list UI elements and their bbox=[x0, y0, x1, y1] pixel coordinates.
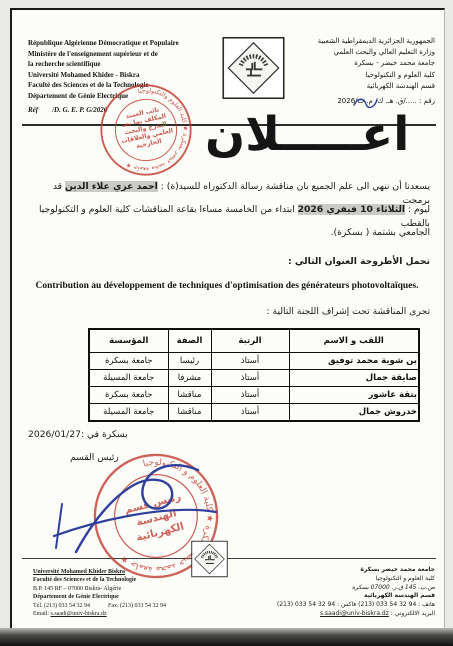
header-french-line: la recherche scientifique bbox=[28, 59, 233, 70]
university-emblem-small-icon bbox=[191, 538, 228, 580]
jury-member-rank: أستاذ bbox=[211, 353, 289, 370]
jury-member-institution: جامعة المسيلة bbox=[89, 370, 168, 387]
jury-intro: تجرى المناقشة تحت إشراف اللجنة التالية : bbox=[24, 306, 430, 317]
col-header-institution: المؤسسة bbox=[89, 329, 168, 353]
jury-member-name: صايقة جمال bbox=[289, 370, 419, 387]
header-arabic-line: قسم الهندسة الكهربائية bbox=[293, 81, 435, 92]
footer-ar-line: جامعة محمد خيضر بسكرة bbox=[253, 566, 435, 575]
header-french-line: République Algérienne Démocratique et Po… bbox=[28, 38, 233, 49]
jury-member-role: مناقشا bbox=[168, 387, 211, 404]
place-and-date: بسكرة في :2026/01/27 bbox=[28, 429, 128, 440]
footer-fr-email-line: Email: s.saadi@univ-biskra.dz bbox=[33, 610, 228, 618]
email-label: Email: bbox=[33, 611, 49, 617]
footer-ar-line: كلية العلوم و التكنولوجيا bbox=[253, 575, 435, 584]
body-text: ليوم : bbox=[405, 204, 430, 215]
footer-fax: Fax. (213) 033 54 32 94 bbox=[108, 603, 166, 609]
email-address: s.saadi@univ-biskra.dz bbox=[51, 611, 107, 617]
body-line-3: الجامعي بشتمة ( بسكرة). bbox=[24, 226, 430, 240]
footer-fr-line: Département de Génie Electrique bbox=[33, 593, 228, 601]
jury-member-institution: جامعة المسيلة bbox=[89, 404, 168, 422]
jury-member-rank: أستاذ bbox=[211, 404, 289, 422]
ref-label: Réf bbox=[28, 106, 38, 114]
table-row: صايقة جمال أستاذ مشرفا جامعة المسيلة bbox=[89, 370, 419, 387]
jury-member-institution: جامعة بسكرة bbox=[89, 353, 168, 370]
header-arabic-line: الجمهورية الجزائرية الديمقراطية الشعبية bbox=[293, 36, 435, 47]
email-address: s.saadi@univ-biskra.dz bbox=[320, 610, 389, 617]
jury-member-institution: جامعة بسكرة bbox=[89, 387, 168, 404]
thesis-title: Contribution au développement de techniq… bbox=[24, 281, 430, 291]
col-header-name: اللقب و الاسم bbox=[289, 329, 419, 353]
thesis-intro: تحمل الأطروحة العنوان التالي : bbox=[24, 256, 430, 267]
footer-ar-line: هاتف : 94 32 54 033 (213) فاكس : 94 32 5… bbox=[253, 601, 435, 610]
header-arabic-line: جامعة محمد خيضر - بسكرة bbox=[293, 58, 435, 69]
footer-fr-telfax: Tél. (213) 033 54 32 94Fax. (213) 033 54… bbox=[33, 602, 228, 610]
jury-member-name: بتقة عاشور bbox=[289, 387, 419, 404]
col-header-rank: الرتبة bbox=[211, 329, 289, 353]
table-row: بتقة عاشور أستاذ مناقشا جامعة بسكرة bbox=[89, 387, 419, 404]
footer-ar-line: ص.ب. 145 ق.ر. 07000 بسكرة bbox=[253, 584, 435, 593]
footer-arabic: جامعة محمد خيضر بسكرة كلية العلوم و التك… bbox=[253, 566, 435, 619]
header-arabic-line: وزارة التعليم العالي والبحث العلمي bbox=[293, 47, 435, 58]
vice-dean-stamp: جامعة محمد خيضر بسكرة ★ كلية العلوم والت… bbox=[90, 74, 201, 185]
jury-member-rank: أستاذ bbox=[211, 370, 289, 387]
email-label: البريد الالكتروني : bbox=[391, 610, 435, 617]
jury-member-name: بن شوية محمد توفيق bbox=[289, 353, 419, 370]
jury-table-header-row: اللقب و الاسم الرتبة الصفة المؤسسة bbox=[89, 329, 419, 353]
jury-member-rank: أستاذ bbox=[211, 387, 289, 404]
table-row: بن شوية محمد توفيق أستاذ رئيسا جامعة بسك… bbox=[89, 353, 419, 370]
header-arabic-line: كلية العلوم و التكنولوجيا bbox=[293, 70, 435, 81]
announcement-title: اعـــــلان bbox=[205, 96, 390, 178]
header-french-line: Ministère de l'enseignement supérieur et… bbox=[28, 49, 233, 60]
col-header-role: الصفة bbox=[168, 329, 211, 353]
scanned-announcement-document: République Algérienne Démocratique et Po… bbox=[0, 0, 453, 646]
footer-ar-email-line: البريد الالكتروني : s.saadi@univ-biskra.… bbox=[253, 610, 435, 619]
jury-member-role: مشرفا bbox=[168, 370, 211, 387]
jury-member-name: خدروش جمال bbox=[289, 404, 419, 422]
footer-tel: Tél. (213) 033 54 32 94 bbox=[33, 603, 90, 609]
body-text: يسعدنا أن ننهي الى علم الجميع بان مناقشة… bbox=[158, 181, 430, 192]
scan-shadow-band bbox=[0, 628, 453, 646]
defense-date: الثلاثاء 10 فيفري 2026 bbox=[298, 204, 405, 215]
jury-table: اللقب و الاسم الرتبة الصفة المؤسسة بن شو… bbox=[88, 328, 420, 422]
table-row: خدروش جمال أستاذ مناقشا جامعة المسيلة bbox=[89, 404, 419, 422]
jury-member-role: مناقشا bbox=[168, 404, 211, 422]
header-french-line: Université Mohamed Khider - Biskra bbox=[28, 70, 233, 81]
jury-member-role: رئيسا bbox=[168, 353, 211, 370]
university-emblem-icon bbox=[222, 34, 285, 102]
footer-ar-line: قسم الهندسة الكهربائية bbox=[253, 592, 435, 601]
handwritten-ref-scribble bbox=[352, 96, 378, 108]
